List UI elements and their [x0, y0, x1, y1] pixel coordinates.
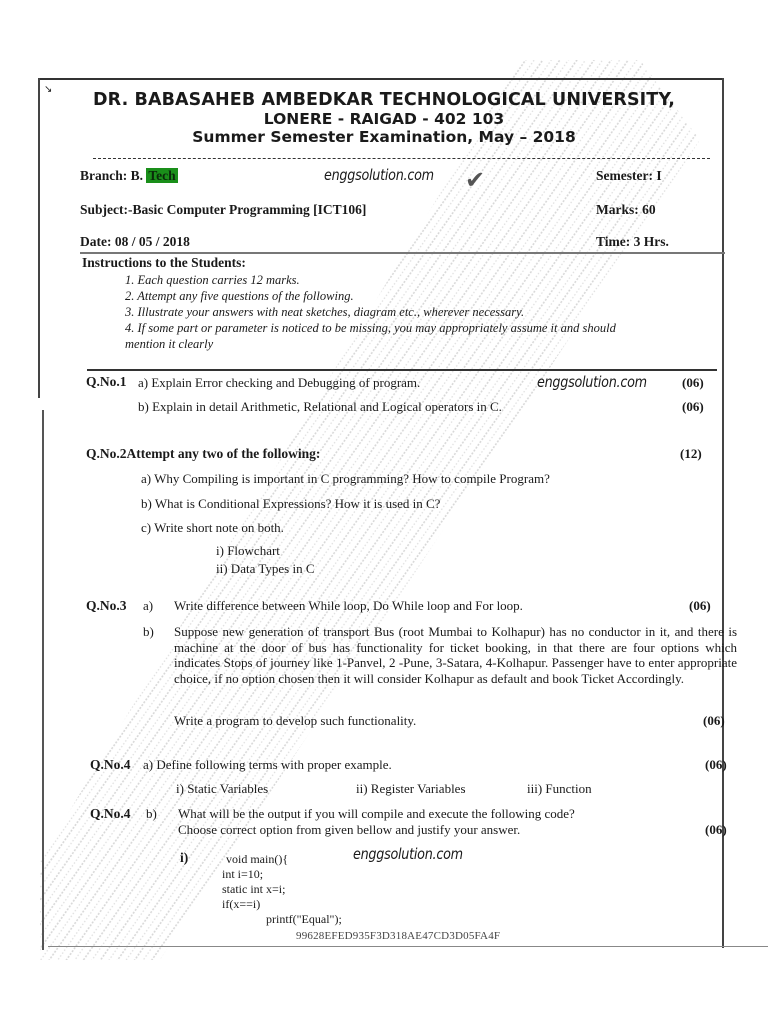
brand-watermark: enggsolution.com — [537, 373, 647, 391]
q4-term: i) Static Variables — [176, 781, 268, 797]
page-border — [42, 410, 44, 950]
security-watermark — [0, 0, 768, 1024]
q4-part-a: a) Define following terms with proper ex… — [143, 757, 392, 773]
instruction-item: 2. Attempt any five questions of the fol… — [125, 289, 354, 304]
page-border — [48, 946, 768, 947]
q4-term: iii) Function — [527, 781, 592, 797]
q1-part-b: b) Explain in detail Arithmetic, Relatio… — [138, 399, 502, 415]
code-line: void main(){ — [226, 852, 288, 868]
exam-time: Time: 3 Hrs. — [596, 234, 669, 250]
instruction-item: 4. If some part or parameter is noticed … — [125, 321, 616, 336]
q2-title: Attempt any two of the following: — [127, 446, 321, 461]
checkmark-icon: ✔ — [465, 166, 485, 195]
q3-label: Q.No.3 — [86, 598, 127, 614]
q2-part-c-ii: ii) Data Types in C — [216, 561, 315, 577]
branch-value: Tech — [146, 168, 177, 183]
option-label: i) — [180, 850, 188, 866]
instruction-item: 3. Illustrate your answers with neat ske… — [125, 305, 524, 320]
q1-part-a: a) Explain Error checking and Debugging … — [138, 375, 420, 391]
branch: Branch: B. Tech — [80, 168, 178, 184]
university-name: DR. BABASAHEB AMBEDKAR TECHNOLOGICAL UNI… — [0, 90, 768, 110]
q3-b-label: b) — [143, 624, 154, 640]
exam-date: Date: 08 / 05 / 2018 — [80, 234, 190, 250]
code-line: printf("Equal"); — [266, 912, 342, 928]
meta-divider — [80, 252, 725, 254]
q4a-label: Q.No.4 — [90, 757, 131, 773]
q2-marks: (12) — [680, 446, 702, 462]
q2-number: Q.No.2 — [86, 446, 127, 461]
q4b-line2: Choose correct option from given bellow … — [178, 822, 520, 838]
q4b-marks: (06) — [705, 822, 727, 838]
semester: Semester: I — [596, 168, 662, 184]
instruction-item: mention it clearly — [125, 337, 213, 352]
q3-b-marks: (06) — [703, 713, 725, 729]
branch-label: Branch: B. — [80, 168, 143, 183]
q2-part-c-i: i) Flowchart — [216, 543, 280, 559]
marks: Marks: 60 — [596, 202, 656, 218]
q1-b-marks: (06) — [682, 399, 704, 415]
code-line: int i=10; — [222, 867, 263, 883]
q1-a-marks: (06) — [682, 375, 704, 391]
page-border — [722, 78, 724, 948]
q2-label: Q.No.2Attempt any two of the following: — [86, 446, 320, 462]
q4a-marks: (06) — [705, 757, 727, 773]
q2-part-c: c) Write short note on both. — [141, 520, 284, 536]
q3-part-b: Suppose new generation of transport Bus … — [174, 624, 737, 686]
instructions-title: Instructions to the Students: — [82, 255, 246, 271]
instruction-item: 1. Each question carries 12 marks. — [125, 273, 300, 288]
page-border — [38, 78, 722, 80]
subject: Subject:-Basic Computer Programming [ICT… — [80, 202, 366, 218]
exam-title: Summer Semester Examination, May – 2018 — [0, 128, 768, 146]
q4b-label: Q.No.4 — [90, 806, 131, 822]
q4b-part-label: b) — [146, 806, 157, 822]
university-location: LONERE - RAIGAD - 402 103 — [0, 110, 768, 128]
q3-a-label: a) — [143, 598, 153, 614]
q2-part-b: b) What is Conditional Expressions? How … — [141, 496, 440, 512]
q3-part-a: Write difference between While loop, Do … — [174, 598, 523, 614]
code-line: static int x=i; — [222, 882, 285, 898]
brand-watermark: enggsolution.com — [353, 845, 463, 863]
q1-label: Q.No.1 — [86, 374, 127, 390]
q3-part-b-task: Write a program to develop such function… — [174, 713, 416, 729]
document-hash: 99628EFED935F3D318AE47CD3D05FA4F — [296, 930, 500, 942]
questions-divider — [87, 369, 717, 371]
q2-part-a: a) Why Compiling is important in C progr… — [141, 471, 550, 487]
q4-term: ii) Register Variables — [356, 781, 466, 797]
brand-watermark: enggsolution.com — [324, 166, 434, 184]
q4b-line1: What will be the output if you will comp… — [178, 806, 575, 822]
code-line: if(x==i) — [222, 897, 260, 913]
header-divider — [93, 158, 710, 159]
q3-a-marks: (06) — [689, 598, 711, 614]
